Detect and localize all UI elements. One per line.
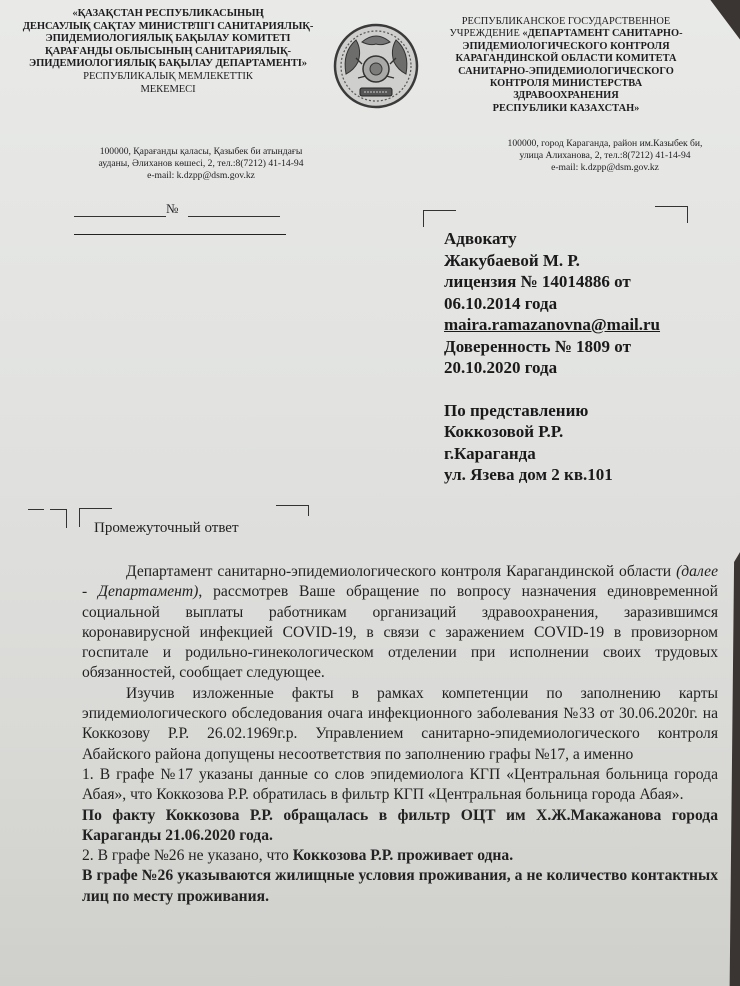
recipient-bracket-top-left (423, 210, 456, 227)
address-kazakh: 100000, Қарағанды қаласы, Қазыбек би аты… (66, 146, 336, 182)
item-2-text: 2. В графе №26 не указано, что (82, 847, 293, 864)
header-kz-subline: РЕСПУБЛИКАЛЫҚ МЕМЛЕКЕТТІК (18, 71, 318, 84)
finding-item-2: 2. В графе №26 не указано, что Коккозова… (82, 846, 718, 866)
power-of-attorney-date: 20.10.2020 года (444, 357, 714, 379)
subject-bracket-right (276, 505, 309, 516)
number-sign: № (166, 201, 178, 217)
intro-text: Департамент санитарно-эпидемиологическог… (126, 563, 676, 580)
address-line: ауданы, Әлиханов көшесі, 2, тел.:8(7212)… (66, 158, 336, 170)
client-street: ул. Язева дом 2 кв.101 (444, 464, 714, 486)
header-ru-line: САНИТАРНО-ЭПИДЕМИОЛОГИЧЕСКОГО (436, 66, 696, 78)
address-line: 100000, Қарағанды қаласы, Қазыбек би аты… (66, 146, 336, 158)
address-email: e-mail: k.dzpp@dsm.gov.kz (66, 170, 336, 182)
header-kz-line: ҚАРАҒАНДЫ ОБЛЫСЫНЫҢ САНИТАРИЯЛЫҚ- (18, 46, 318, 59)
date-blank-line (74, 216, 166, 217)
item-2-bold: Коккозова Р.Р. проживает одна. (293, 847, 513, 864)
client-name: Коккозовой Р.Р. (444, 421, 714, 443)
header-ru-line: КАРАГАНДИНСКОЙ ОБЛАСТИ КОМИТЕТА (436, 53, 696, 65)
header-kz-line: «ҚАЗАҚСТАН РЕСПУБЛИКАСЫНЫҢ (18, 8, 318, 21)
header-ru-line: «ДЕПАРТАМЕНТ САНИТАРНО- (522, 28, 682, 39)
letter-body: Департамент санитарно-эпидемиологическог… (82, 562, 718, 907)
header-ru-line: ЭПИДЕМИОЛОГИЧЕСКОГО КОНТРОЛЯ (436, 41, 696, 53)
header-kz-line: ДЕНСАУЛЫҚ САҚТАУ МИНИСТРЛІГІ САНИТАРИЯЛЫ… (18, 21, 318, 34)
header-ru-subline: РЕСПУБЛИКАНСКОЕ ГОСУДАРСТВЕННОЕ (436, 16, 696, 28)
finding-item-1: 1. В графе №17 указаны данные со слов эп… (82, 765, 718, 806)
recipient-bracket-top-right (655, 206, 688, 223)
document-page: «ҚАЗАҚСТАН РЕСПУБЛИКАСЫНЫҢ ДЕНСАУЛЫҚ САҚ… (0, 0, 740, 986)
address-email: e-mail: k.dzpp@dsm.gov.kz (478, 162, 732, 174)
address-russian: 100000, город Караганда, район им.Казыбе… (478, 138, 732, 174)
subject-bracket-left-1 (50, 509, 67, 528)
license-date: 06.10.2014 года (444, 293, 714, 315)
address-line: 100000, город Караганда, район им.Казыбе… (478, 138, 732, 150)
finding-item-2-note: В графе №26 указываются жилищные условия… (82, 866, 718, 907)
recipient-block: Адвокату Жакубаевой М. Р. лицензия № 140… (444, 228, 714, 486)
registration-number-field: № (74, 203, 284, 217)
paragraph-findings: Изучив изложенные факты в рамках компете… (82, 684, 718, 765)
header-ru-line: КОНТРОЛЯ МИНИСТЕРСТВА ЗДРАВООХРАНЕНИЯ (436, 78, 696, 103)
number-blank-line (188, 216, 280, 217)
paragraph-intro: Департамент санитарно-эпидемиологическог… (82, 562, 718, 684)
header-ru-subline: УЧРЕЖДЕНИЕ (449, 28, 519, 39)
header-russian: РЕСПУБЛИКАНСКОЕ ГОСУДАРСТВЕННОЕ УЧРЕЖДЕН… (436, 16, 696, 115)
recipient-email: maira.ramazanovna@mail.ru (444, 314, 714, 336)
recipient-title: Адвокату (444, 228, 714, 250)
header-kazakh: «ҚАЗАҚСТАН РЕСПУБЛИКАСЫНЫҢ ДЕНСАУЛЫҚ САҚ… (18, 8, 318, 96)
subject-dash (28, 509, 44, 511)
document-subject: Промежуточный ответ (94, 520, 239, 537)
on-behalf-label: По представлению (444, 400, 714, 422)
power-of-attorney-number: Доверенность № 1809 от (444, 336, 714, 358)
address-line: улица Алиханова, 2, тел.:8(7212) 41-14-9… (478, 150, 732, 162)
header-kz-line: ЭПИДЕМИОЛОГИЯЛЫҚ БАҚЫЛАУ ДЕПАРТАМЕНТІ» (18, 58, 318, 71)
header-kz-subline: МЕКЕМЕСІ (18, 84, 318, 97)
recipient-name: Жакубаевой М. Р. (444, 250, 714, 272)
kazakhstan-emblem-icon (332, 22, 420, 110)
finding-item-1-fact: По факту Коккозова Р.Р. обращалась в фил… (82, 806, 718, 847)
reference-blank-line (74, 234, 286, 235)
client-city: г.Караганда (444, 443, 714, 465)
header-ru-line: РЕСПУБЛИКИ КАЗАХСТАН» (436, 103, 696, 115)
header-kz-line: ЭПИДЕМИОЛОГИЯЛЫҚ БАҚЫЛАУ КОМИТЕТІ (18, 33, 318, 46)
license-number: лицензия № 14014886 от (444, 271, 714, 293)
